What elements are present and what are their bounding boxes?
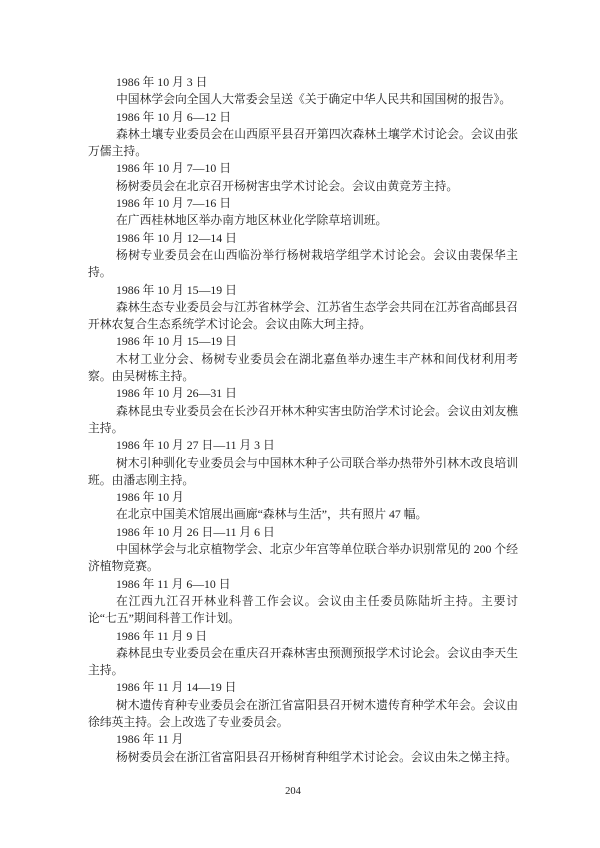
entry-body: 森林昆虫专业委员会在重庆召开森林害虫预测预报学术讨论会。会议由李天生主持。 bbox=[88, 645, 518, 680]
entry-date: 1986 年 10 月 7—16 日 bbox=[88, 195, 518, 212]
entry-body: 中国林学会向全国人大常委会呈送《关于确定中华人民共和国国树的报告》。 bbox=[88, 91, 518, 108]
entry-body: 杨树委员会在浙江省富阳县召开杨树育种组学术讨论会。会议由朱之悌主持。 bbox=[88, 749, 518, 766]
document-page: 1986 年 10 月 3 日 中国林学会向全国人大常委会呈送《关于确定中华人民… bbox=[0, 0, 600, 848]
entry-body: 树木遗传育种专业委员会在浙江省富阳县召开树木遗传育种学术年会。会议由徐纬英主持。… bbox=[88, 697, 518, 732]
entry-date: 1986 年 10 月 26 日—11 月 6 日 bbox=[88, 524, 518, 541]
event-entry: 1986 年 11 月 6—10 日 在江西九江召开林业科普工作会议。会议由主任… bbox=[88, 576, 518, 628]
entry-body: 森林土壤专业委员会在山西原平县召开第四次森林土壤学术讨论会。会议由张万儒主持。 bbox=[88, 126, 518, 161]
entry-date: 1986 年 10 月 7—10 日 bbox=[88, 160, 518, 177]
entry-date: 1986 年 10 月 12—14 日 bbox=[88, 230, 518, 247]
page-number: 204 bbox=[78, 786, 508, 797]
entry-body: 在北京中国美术馆展出画廊“森林与生活”，共有照片 47 幅。 bbox=[88, 506, 518, 523]
entry-date: 1986 年 11 月 14—19 日 bbox=[88, 679, 518, 696]
entry-body: 森林生态专业委员会与江苏省林学会、江苏省生态学会共同在江苏省高邮县召开林农复合生… bbox=[88, 299, 518, 334]
entry-date: 1986 年 10 月 3 日 bbox=[88, 74, 518, 91]
event-entry: 1986 年 11 月 杨树委员会在浙江省富阳县召开杨树育种组学术讨论会。会议由… bbox=[88, 731, 518, 766]
entry-date: 1986 年 11 月 bbox=[88, 731, 518, 748]
event-entry: 1986 年 10 月 26 日—11 月 6 日 中国林学会与北京植物学会、北… bbox=[88, 524, 518, 576]
event-entry: 1986 年 10 月 3 日 中国林学会向全国人大常委会呈送《关于确定中华人民… bbox=[88, 74, 518, 109]
event-entry: 1986 年 10 月 15—19 日 森林生态专业委员会与江苏省林学会、江苏省… bbox=[88, 282, 518, 334]
entry-date: 1986 年 10 月 15—19 日 bbox=[88, 282, 518, 299]
event-entry: 1986 年 10 月 7—10 日 杨树委员会在北京召开杨树害虫学术讨论会。会… bbox=[88, 160, 518, 195]
event-entry: 1986 年 10 月 6—12 日 森林土壤专业委员会在山西原平县召开第四次森… bbox=[88, 109, 518, 161]
entry-date: 1986 年 10 月 27 日—11 月 3 日 bbox=[88, 437, 518, 454]
entry-date: 1986 年 10 月 6—12 日 bbox=[88, 109, 518, 126]
chronology-text-block: 1986 年 10 月 3 日 中国林学会向全国人大常委会呈送《关于确定中华人民… bbox=[88, 74, 518, 766]
event-entry: 1986 年 10 月 7—16 日 在广西桂林地区举办南方地区林业化学除草培训… bbox=[88, 195, 518, 230]
entry-body: 杨树委员会在北京召开杨树害虫学术讨论会。会议由黄竞芳主持。 bbox=[88, 178, 518, 195]
event-entry: 1986 年 10 月 27 日—11 月 3 日 树木引种驯化专业委员会与中国… bbox=[88, 437, 518, 489]
entry-body: 在广西桂林地区举办南方地区林业化学除草培训班。 bbox=[88, 212, 518, 229]
entry-body: 树木引种驯化专业委员会与中国林木种子公司联合举办热带外引林木改良培训班。由潘志刚… bbox=[88, 455, 518, 490]
entry-body: 森林昆虫专业委员会在长沙召开林木种实害虫防治学术讨论会。会议由刘友樵主持。 bbox=[88, 403, 518, 438]
event-entry: 1986 年 11 月 9 日 森林昆虫专业委员会在重庆召开森林害虫预测预报学术… bbox=[88, 628, 518, 680]
entry-body: 在江西九江召开林业科普工作会议。会议由主任委员陈陆圻主持。主要讨论“七五”期间科… bbox=[88, 593, 518, 628]
entry-date: 1986 年 10 月 15—19 日 bbox=[88, 333, 518, 350]
entry-body: 中国林学会与北京植物学会、北京少年宫等单位联合举办识别常见的 200 个经济植物… bbox=[88, 541, 518, 576]
entry-date: 1986 年 10 月 26—31 日 bbox=[88, 385, 518, 402]
event-entry: 1986 年 10 月 在北京中国美术馆展出画廊“森林与生活”，共有照片 47 … bbox=[88, 489, 518, 524]
event-entry: 1986 年 11 月 14—19 日 树木遗传育种专业委员会在浙江省富阳县召开… bbox=[88, 679, 518, 731]
entry-date: 1986 年 11 月 6—10 日 bbox=[88, 576, 518, 593]
entry-body: 木材工业分会、杨树专业委员会在湖北嘉鱼举办速生丰产林和间伐材利用考察。由吴树栋主… bbox=[88, 351, 518, 386]
entry-date: 1986 年 11 月 9 日 bbox=[88, 628, 518, 645]
entry-date: 1986 年 10 月 bbox=[88, 489, 518, 506]
entry-body: 杨树专业委员会在山西临汾举行杨树栽培学组学术讨论会。会议由裴保华主持。 bbox=[88, 247, 518, 282]
event-entry: 1986 年 10 月 12—14 日 杨树专业委员会在山西临汾举行杨树栽培学组… bbox=[88, 230, 518, 282]
event-entry: 1986 年 10 月 26—31 日 森林昆虫专业委员会在长沙召开林木种实害虫… bbox=[88, 385, 518, 437]
event-entry: 1986 年 10 月 15—19 日 木材工业分会、杨树专业委员会在湖北嘉鱼举… bbox=[88, 333, 518, 385]
